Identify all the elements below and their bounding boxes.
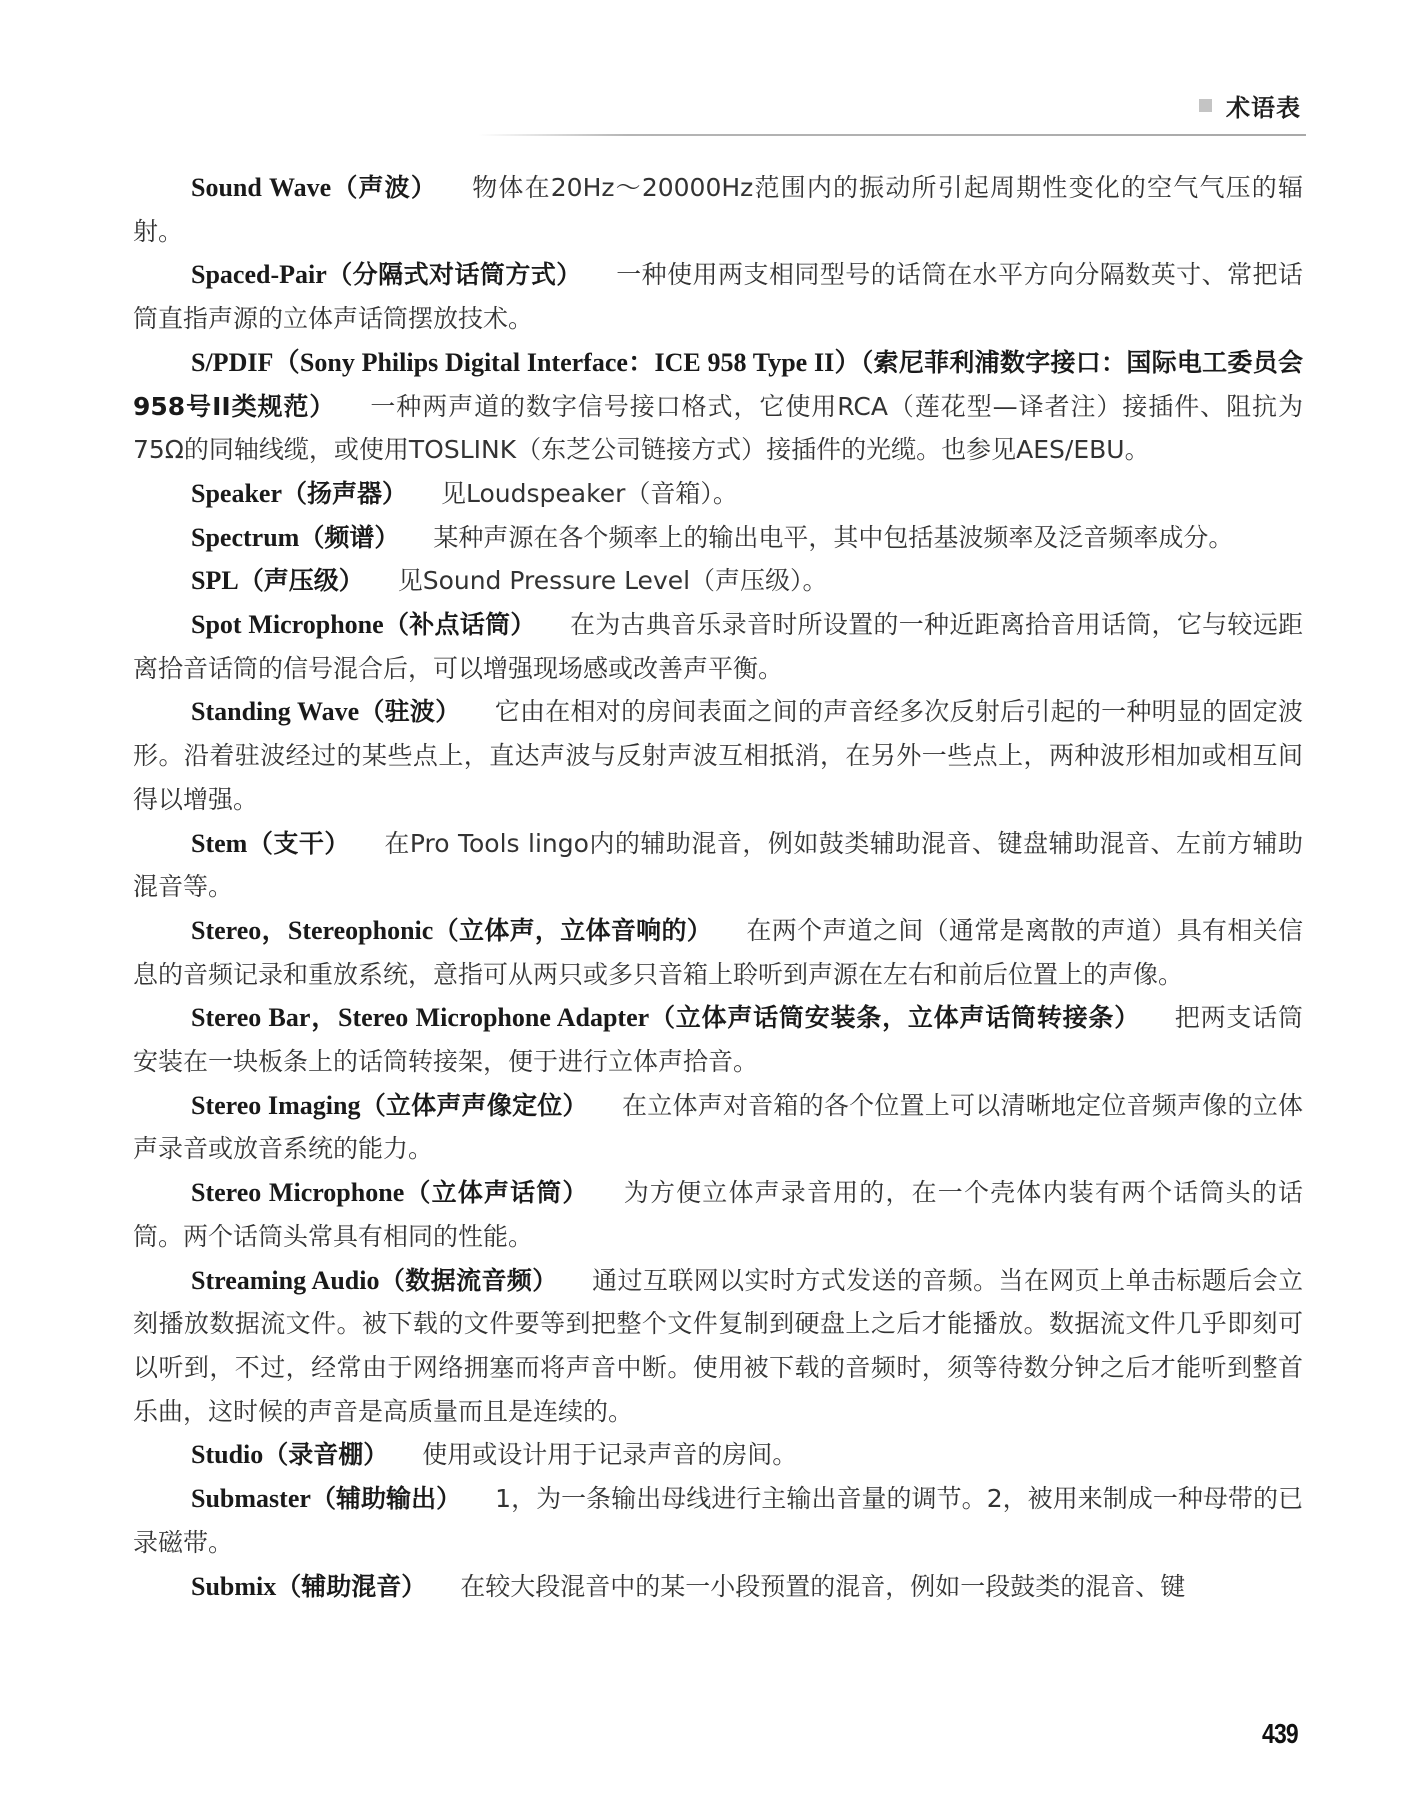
entry-term: Studio: [191, 1440, 263, 1469]
entry-term: Speaker: [191, 479, 282, 508]
glossary-entry-standing-wave: Standing Wave（驻波）它由在相对的房间表面之间的声音经多次反射后引起…: [133, 690, 1303, 821]
entry-term-cn: （辅助混音）: [276, 1572, 426, 1601]
entry-term-cn: （数据流音频）: [379, 1266, 557, 1295]
glossary-entry-studio: Studio（录音棚）使用或设计用于记录声音的房间。: [133, 1433, 1303, 1477]
entry-term-cn: （立体声，立体音响的）: [433, 916, 712, 945]
entry-term: Submaster: [191, 1484, 311, 1513]
glossary-body: Sound Wave（声波）物体在20Hz～20000Hz范围内的振动所引起周期…: [133, 166, 1303, 1608]
entry-term: Spaced-Pair: [191, 260, 327, 289]
entry-term: Stereo Microphone: [191, 1178, 404, 1207]
entry-term-cn: （声波）: [331, 173, 437, 202]
glossary-entry-streaming-audio: Streaming Audio（数据流音频）通过互联网以实时方式发送的音频。当在…: [133, 1259, 1303, 1434]
entry-term-cn: （分隔式对话筒方式）: [327, 260, 582, 289]
entry-term-cn: （录音棚）: [263, 1440, 388, 1469]
glossary-entry-speaker: Speaker（扬声器）见Loudspeaker（音箱）。: [133, 472, 1303, 516]
entry-term-cn: （立体声声像定位）: [360, 1091, 587, 1120]
glossary-entry-submix: Submix（辅助混音）在较大段混音中的某一小段预置的混音，例如一段鼓类的混音、…: [133, 1565, 1303, 1609]
entry-term-cn: （支干）: [247, 829, 350, 858]
entry-definition: 在较大段混音中的某一小段预置的混音，例如一段鼓类的混音、键: [460, 1572, 1185, 1601]
glossary-entry-sound-wave: Sound Wave（声波）物体在20Hz～20000Hz范围内的振动所引起周期…: [133, 166, 1303, 253]
entry-term: S/PDIF（Sony Philips Digital Interface：IC…: [191, 348, 861, 377]
header-rule: [478, 134, 1306, 136]
glossary-entry-stem: Stem（支干）在Pro Tools lingo内的辅助混音，例如鼓类辅助混音、…: [133, 822, 1303, 909]
glossary-entry-stereo-bar: Stereo Bar，Stereo Microphone Adapter（立体声…: [133, 996, 1303, 1083]
entry-term-cn: （立体声话筒安装条，立体声话筒转接条）: [649, 1003, 1140, 1032]
entry-definition: 使用或设计用于记录声音的房间。: [422, 1440, 797, 1469]
entry-term-cn: （驻波）: [359, 697, 460, 726]
entry-term: Sound Wave: [191, 173, 331, 202]
entry-term: Spot Microphone: [191, 610, 384, 639]
entry-definition: 见Loudspeaker（音箱）。: [441, 479, 738, 508]
entry-term: Stem: [191, 829, 247, 858]
glossary-entry-spectrum: Spectrum（频谱）某种声源在各个频率上的输出电平，其中包括基波频率及泛音频…: [133, 516, 1303, 560]
entry-term: Stereo Bar，Stereo Microphone Adapter: [191, 1003, 649, 1032]
entry-term: Spectrum: [191, 523, 299, 552]
entry-term: SPL: [191, 566, 239, 595]
entry-term: Stereo，Stereophonic: [191, 916, 433, 945]
glossary-entry-spot-microphone: Spot Microphone（补点话筒）在为古典音乐录音时所设置的一种近距离拾…: [133, 603, 1303, 690]
entry-term-cn: （扬声器）: [282, 479, 407, 508]
entry-term-cn: （补点话筒）: [384, 610, 536, 639]
glossary-entry-stereo-imaging: Stereo Imaging（立体声声像定位）在立体声对音箱的各个位置上可以清晰…: [133, 1084, 1303, 1171]
glossary-entry-stereo: Stereo，Stereophonic（立体声，立体音响的）在两个声道之间（通常…: [133, 909, 1303, 996]
entry-term: Streaming Audio: [191, 1266, 379, 1295]
entry-definition: 见Sound Pressure Level（声压级）。: [398, 566, 828, 595]
glossary-entry-spaced-pair: Spaced-Pair（分隔式对话筒方式）一种使用两支相同型号的话筒在水平方向分…: [133, 253, 1303, 340]
entry-term-cn: （声压级）: [239, 566, 364, 595]
glossary-entry-submaster: Submaster（辅助输出）1，为一条输出母线进行主输出音量的调节。2，被用来…: [133, 1477, 1303, 1564]
entry-term-cn: （频谱）: [299, 523, 399, 552]
entry-term: Standing Wave: [191, 697, 359, 726]
header-square-marker-icon: [1199, 99, 1212, 112]
entry-term-cn: （辅助输出）: [311, 1484, 461, 1513]
entry-term: Stereo Imaging: [191, 1091, 360, 1120]
entry-term-cn: （立体声话筒）: [404, 1178, 588, 1207]
glossary-entry-stereo-microphone: Stereo Microphone（立体声话筒）为方便立体声录音用的，在一个壳体…: [133, 1171, 1303, 1258]
entry-term: Submix: [191, 1572, 276, 1601]
page-number: 439: [1262, 1718, 1298, 1750]
glossary-entry-spdif: S/PDIF（Sony Philips Digital Interface：IC…: [133, 341, 1303, 472]
entry-definition: 某种声源在各个频率上的输出电平，其中包括基波频率及泛音频率成分。: [433, 523, 1233, 552]
glossary-entry-spl: SPL（声压级）见Sound Pressure Level（声压级）。: [133, 559, 1303, 603]
running-header: 术语表: [1199, 88, 1301, 123]
section-title: 术语表: [1226, 88, 1301, 123]
